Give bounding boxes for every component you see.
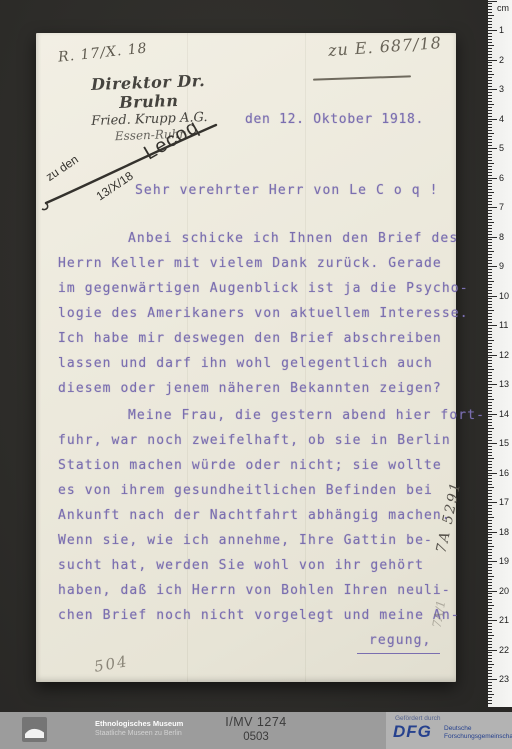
ruler-tick bbox=[488, 201, 492, 202]
ruler-tick bbox=[488, 133, 494, 134]
ruler-tick bbox=[488, 180, 492, 181]
smb-museum-logo-icon bbox=[22, 717, 47, 742]
ruler-tick bbox=[488, 272, 492, 273]
ruler-tick bbox=[488, 381, 492, 382]
ruler-number: 6 bbox=[499, 173, 511, 183]
ruler-tick bbox=[488, 12, 492, 13]
ruler-tick bbox=[488, 219, 492, 220]
ruler-tick bbox=[488, 588, 492, 589]
ruler-tick bbox=[488, 239, 492, 240]
ruler-number: 19 bbox=[499, 556, 511, 566]
ruler-tick bbox=[488, 543, 492, 544]
ruler-unit-label: cm bbox=[497, 3, 509, 13]
ruler-tick bbox=[488, 502, 497, 503]
ruler-tick bbox=[488, 121, 492, 122]
scanned-letter-page: Direktor Dr. Bruhn Fried. Krupp A.G. Ess… bbox=[36, 33, 456, 682]
ruler-tick bbox=[488, 36, 492, 37]
ruler-tick bbox=[488, 419, 492, 420]
ruler-number: 16 bbox=[499, 468, 511, 478]
ruler-tick bbox=[488, 352, 492, 353]
letter-salutation: Sehr verehrter Herr von Le C o q ! bbox=[135, 183, 439, 198]
ruler-number: 17 bbox=[499, 497, 511, 507]
ruler-number: 7 bbox=[499, 202, 511, 212]
ruler-tick bbox=[488, 130, 492, 131]
ruler-tick bbox=[488, 440, 492, 441]
ruler-tick bbox=[488, 614, 492, 615]
ruler-tick bbox=[488, 92, 492, 93]
ruler-tick bbox=[488, 325, 497, 326]
ruler-tick bbox=[488, 599, 492, 600]
ruler-tick bbox=[488, 523, 492, 524]
ruler-tick bbox=[488, 670, 492, 671]
ruler-tick bbox=[488, 461, 492, 462]
ruler-tick bbox=[488, 576, 494, 577]
ruler-tick bbox=[488, 21, 492, 22]
ruler-tick bbox=[488, 57, 492, 58]
ruler-tick bbox=[488, 366, 492, 367]
ruler-tick bbox=[488, 700, 492, 701]
ruler-tick bbox=[488, 449, 492, 450]
ruler-tick bbox=[488, 62, 492, 63]
ruler-tick bbox=[488, 475, 492, 476]
ruler-tick bbox=[488, 307, 492, 308]
ruler-tick bbox=[488, 104, 494, 105]
ruler-tick bbox=[488, 555, 492, 556]
ruler-tick bbox=[488, 160, 492, 161]
ruler-tick bbox=[488, 340, 494, 341]
ruler-tick bbox=[488, 676, 492, 677]
ruler-tick bbox=[488, 33, 492, 34]
ruler-tick bbox=[488, 290, 492, 291]
ruler-tick bbox=[488, 532, 497, 533]
ruler-tick bbox=[488, 281, 494, 282]
ruler-tick bbox=[488, 635, 494, 636]
ruler-tick bbox=[488, 647, 492, 648]
ruler-tick bbox=[488, 422, 492, 423]
ruler-tick bbox=[488, 260, 492, 261]
ruler-tick bbox=[488, 564, 492, 565]
ruler-tick bbox=[488, 278, 492, 279]
ruler-tick bbox=[488, 95, 492, 96]
ruler-tick bbox=[488, 151, 492, 152]
ruler-tick bbox=[488, 127, 492, 128]
letter-line: Anbei schicke ich Ihnen den Brief des bbox=[58, 226, 456, 251]
ruler-tick bbox=[488, 629, 492, 630]
ruler-number: 18 bbox=[499, 527, 511, 537]
ruler-tick bbox=[488, 343, 492, 344]
ruler-number: 20 bbox=[499, 586, 511, 596]
ruler-tick bbox=[488, 596, 492, 597]
ruler-tick bbox=[488, 51, 492, 52]
ruler-tick bbox=[488, 1, 497, 2]
ruler-tick bbox=[488, 98, 492, 99]
ruler-tick bbox=[488, 626, 492, 627]
ruler-tick bbox=[488, 207, 497, 208]
ruler-tick bbox=[488, 537, 492, 538]
ruler-tick bbox=[488, 3, 492, 4]
dfg-name-line2: Forschungsgemeinschaft bbox=[444, 733, 512, 741]
ruler-tick bbox=[488, 298, 492, 299]
ruler-tick bbox=[488, 470, 492, 471]
ruler-tick bbox=[488, 266, 497, 267]
funder-block: Gefördert durch DFG Deutsche Forschungsg… bbox=[386, 712, 512, 749]
ruler-tick bbox=[488, 552, 492, 553]
ruler-tick bbox=[488, 505, 492, 506]
ruler-tick bbox=[488, 387, 492, 388]
ruler-tick bbox=[488, 183, 492, 184]
ruler-tick bbox=[488, 148, 497, 149]
ruler-tick bbox=[488, 275, 492, 276]
ruler-tick bbox=[488, 650, 497, 651]
ruler-tick bbox=[488, 225, 492, 226]
letter-paragraph-1: Anbei schicke ich Ihnen den Brief des He… bbox=[58, 226, 456, 401]
ruler-tick bbox=[488, 390, 492, 391]
museum-name: Ethnologisches Museum bbox=[95, 719, 183, 729]
letter-line: Station machen würde oder nicht; sie wol… bbox=[58, 453, 456, 478]
ruler-tick bbox=[488, 682, 492, 683]
letter-line: Herrn Keller mit vielem Dank zurück. Ger… bbox=[58, 251, 456, 276]
ruler-tick bbox=[488, 428, 494, 429]
ruler-tick bbox=[488, 39, 492, 40]
ruler-tick bbox=[488, 204, 492, 205]
ruler-tick bbox=[488, 399, 494, 400]
ruler-tick bbox=[488, 136, 492, 137]
ruler-tick bbox=[488, 18, 492, 19]
ruler-tick bbox=[488, 68, 492, 69]
ruler-tick bbox=[488, 405, 492, 406]
ruler-tick bbox=[488, 452, 492, 453]
ruler-tick bbox=[488, 567, 492, 568]
ruler-tick bbox=[488, 514, 492, 515]
ruler-tick bbox=[488, 496, 492, 497]
ruler-tick bbox=[488, 688, 492, 689]
ruler-tick bbox=[488, 310, 494, 311]
letter-line: fuhr, war noch zweifelhaft, ob sie in Be… bbox=[58, 428, 456, 453]
archive-footer-bar: Ethnologisches Museum Staatliche Museen … bbox=[0, 712, 512, 749]
ruler-tick bbox=[488, 540, 492, 541]
ruler-tick bbox=[488, 464, 492, 465]
ruler-tick bbox=[488, 667, 492, 668]
ruler-tick bbox=[488, 24, 492, 25]
ruler-tick bbox=[488, 434, 492, 435]
file-reference-underline bbox=[313, 75, 411, 80]
ruler-tick bbox=[488, 142, 492, 143]
ruler-tick bbox=[488, 655, 492, 656]
ruler-tick bbox=[488, 293, 492, 294]
ruler-tick bbox=[488, 484, 492, 485]
ruler-tick bbox=[488, 673, 492, 674]
ruler-tick bbox=[488, 331, 492, 332]
ruler-tick bbox=[488, 186, 492, 187]
ruler-tick bbox=[488, 15, 494, 16]
ruler-number: 23 bbox=[499, 674, 511, 684]
cm-ruler: cm 1234567891011121314151617181920212223 bbox=[488, 0, 512, 707]
ruler-tick bbox=[488, 245, 492, 246]
ruler-tick bbox=[488, 251, 494, 252]
ruler-number: 21 bbox=[499, 615, 511, 625]
ruler-number: 4 bbox=[499, 114, 511, 124]
ruler-tick bbox=[488, 213, 492, 214]
ruler-tick bbox=[488, 175, 492, 176]
ruler-tick bbox=[488, 549, 492, 550]
ruler-tick bbox=[488, 638, 492, 639]
ruler-tick bbox=[488, 490, 492, 491]
letter-paragraph-2: Meine Frau, die gestern abend hier fort-… bbox=[58, 403, 456, 628]
letter-line: lassen und darf ihn wohl gelegentlich au… bbox=[58, 351, 456, 376]
ruler-tick bbox=[488, 355, 497, 356]
ruler-tick bbox=[488, 65, 492, 66]
ruler-tick bbox=[488, 499, 492, 500]
inventory-id: I/MV 1274 bbox=[176, 715, 336, 729]
ruler-tick bbox=[488, 45, 494, 46]
ruler-tick bbox=[488, 473, 497, 474]
ruler-tick bbox=[488, 658, 492, 659]
ruler-tick bbox=[488, 54, 492, 55]
scan-page-id: 0503 bbox=[176, 731, 336, 743]
letter-line: Ankunft nach der Nachtfahrt abhängig mac… bbox=[58, 503, 456, 528]
ruler-tick bbox=[488, 334, 492, 335]
ruler-tick bbox=[488, 679, 497, 680]
ruler-tick bbox=[488, 60, 497, 61]
pencil-receipt-note: R. 17/X. 18 bbox=[57, 40, 148, 65]
dfg-name: Deutsche Forschungsgemeinschaft bbox=[444, 725, 512, 741]
ruler-tick bbox=[488, 349, 492, 350]
ruler-tick bbox=[488, 478, 492, 479]
ruler-tick bbox=[488, 558, 492, 559]
ruler-number: 22 bbox=[499, 645, 511, 655]
ruler-tick bbox=[488, 375, 492, 376]
ruler-tick bbox=[488, 198, 492, 199]
ruler-tick bbox=[488, 546, 494, 547]
ruler-tick bbox=[488, 328, 492, 329]
scan-viewer: Direktor Dr. Bruhn Fried. Krupp A.G. Ess… bbox=[0, 0, 512, 749]
ruler-tick bbox=[488, 284, 492, 285]
ruler-tick bbox=[488, 378, 492, 379]
ruler-tick bbox=[488, 508, 492, 509]
ruler-tick bbox=[488, 611, 492, 612]
ruler-tick bbox=[488, 242, 492, 243]
dfg-logo: DFG bbox=[393, 722, 432, 742]
ruler-tick bbox=[488, 287, 492, 288]
letter-line: sucht hat, werden Sie wohl von ihr gehör… bbox=[58, 553, 456, 578]
ruler-tick bbox=[488, 691, 492, 692]
ruler-tick bbox=[488, 570, 492, 571]
ruler-tick bbox=[488, 608, 492, 609]
ruler-tick bbox=[488, 337, 492, 338]
ruler-tick bbox=[488, 296, 497, 297]
ruler-tick bbox=[488, 222, 494, 223]
ruler-tick bbox=[488, 402, 492, 403]
letter-line: Ich habe mir deswegen den Brief abschrei… bbox=[58, 326, 456, 351]
ruler-tick bbox=[488, 74, 494, 75]
ruler-tick bbox=[488, 661, 492, 662]
ruler-number: 12 bbox=[499, 350, 511, 360]
ruler-number: 2 bbox=[499, 55, 511, 65]
ruler-tick bbox=[488, 652, 492, 653]
ruler-tick bbox=[488, 493, 492, 494]
ruler-tick bbox=[488, 107, 492, 108]
ruler-tick bbox=[488, 363, 492, 364]
ruler-number: 5 bbox=[499, 143, 511, 153]
dfg-name-line1: Deutsche bbox=[444, 725, 512, 733]
museum-title-block: Ethnologisches Museum Staatliche Museen … bbox=[95, 719, 183, 739]
ruler-tick bbox=[488, 86, 492, 87]
letter-line: es von ihrem gesundheitlichen Befinden b… bbox=[58, 478, 456, 503]
ruler-tick bbox=[488, 694, 494, 695]
ruler-tick bbox=[488, 529, 492, 530]
ruler-tick bbox=[488, 632, 492, 633]
ruler-tick bbox=[488, 641, 492, 642]
ruler-tick bbox=[488, 83, 492, 84]
letter-line: chen Brief noch nicht vorgelegt und mein… bbox=[58, 603, 456, 628]
ruler-tick bbox=[488, 163, 494, 164]
ruler-tick bbox=[488, 369, 494, 370]
ruler-tick bbox=[488, 257, 492, 258]
ruler-number: 13 bbox=[499, 379, 511, 389]
letter-line: Meine Frau, die gestern abend hier fort- bbox=[58, 403, 456, 428]
letter-line: Wenn sie, wie ich annehme, Ihre Gattin b… bbox=[58, 528, 456, 553]
ruler-tick bbox=[488, 269, 492, 270]
ruler-tick bbox=[488, 487, 494, 488]
ruler-tick bbox=[488, 124, 492, 125]
ruler-number: 15 bbox=[499, 438, 511, 448]
ruler-tick bbox=[488, 520, 492, 521]
ruler-tick bbox=[488, 602, 492, 603]
ruler-tick bbox=[488, 360, 492, 361]
ruler-tick bbox=[488, 319, 492, 320]
file-reference-note: zu E. 687/18 bbox=[327, 33, 442, 60]
ruler-tick bbox=[488, 416, 492, 417]
letter-line: im gegenwärtigen Augenblick ist ja die P… bbox=[58, 276, 456, 301]
ruler-tick bbox=[488, 166, 492, 167]
ruler-tick bbox=[488, 254, 492, 255]
ruler-tick bbox=[488, 101, 492, 102]
ruler-tick bbox=[488, 116, 492, 117]
ruler-tick bbox=[488, 322, 492, 323]
ruler-tick bbox=[488, 192, 494, 193]
ruler-tick bbox=[488, 393, 492, 394]
ruler-tick bbox=[488, 517, 494, 518]
ruler-tick bbox=[488, 172, 492, 173]
ruler-number: 8 bbox=[499, 232, 511, 242]
ruler-tick bbox=[488, 195, 492, 196]
ruler-tick bbox=[488, 228, 492, 229]
ruler-tick bbox=[488, 372, 492, 373]
ruler-tick bbox=[488, 579, 492, 580]
ruler-tick bbox=[488, 617, 492, 618]
ruler-tick bbox=[488, 384, 497, 385]
ruler-tick bbox=[488, 644, 492, 645]
ruler-tick bbox=[488, 113, 492, 114]
ruler-tick bbox=[488, 408, 492, 409]
ruler-tick bbox=[488, 30, 497, 31]
ruler-tick bbox=[488, 481, 492, 482]
ruler-tick bbox=[488, 110, 492, 111]
ruler-number: 9 bbox=[499, 261, 511, 271]
ruler-tick bbox=[488, 304, 492, 305]
ruler-tick bbox=[488, 431, 492, 432]
museum-subtitle: Staatliche Museen zu Berlin bbox=[95, 729, 183, 739]
ruler-tick bbox=[488, 573, 492, 574]
ruler-tick bbox=[488, 593, 492, 594]
letter-date: den 12. Oktober 1918. bbox=[245, 112, 424, 127]
ruler-tick bbox=[488, 411, 492, 412]
ruler-tick bbox=[488, 234, 492, 235]
ruler-tick bbox=[488, 437, 492, 438]
ruler-tick bbox=[488, 455, 492, 456]
ruler-tick bbox=[488, 511, 492, 512]
filing-annotation: zu den 13/X/18 Lecoq bbox=[36, 103, 226, 215]
page-number-pencil: 504 bbox=[93, 652, 130, 676]
ruler-tick bbox=[488, 396, 492, 397]
ruler-tick bbox=[488, 154, 492, 155]
ruler-tick bbox=[488, 157, 492, 158]
ruler-tick bbox=[488, 664, 494, 665]
ruler-tick bbox=[488, 6, 492, 7]
ruler-tick bbox=[488, 591, 497, 592]
ruler-number: 1 bbox=[499, 25, 511, 35]
ruler-tick bbox=[488, 9, 492, 10]
ruler-tick bbox=[488, 605, 494, 606]
ruler-tick bbox=[488, 561, 497, 562]
ruler-tick bbox=[488, 145, 492, 146]
ruler-number: 10 bbox=[499, 291, 511, 301]
ruler-tick bbox=[488, 620, 497, 621]
ruler-tick bbox=[488, 119, 497, 120]
ruler-number: 11 bbox=[499, 320, 511, 330]
letter-line: diesem oder jenem näheren Bekannten zeig… bbox=[58, 376, 456, 401]
ruler-tick bbox=[488, 248, 492, 249]
ruler-tick bbox=[488, 189, 492, 190]
ruler-tick bbox=[488, 703, 492, 704]
ruler-tick bbox=[488, 48, 492, 49]
ruler-tick bbox=[488, 216, 492, 217]
ruler-tick bbox=[488, 623, 492, 624]
ruler-tick bbox=[488, 526, 492, 527]
ruler-tick bbox=[488, 210, 492, 211]
ruler-tick bbox=[488, 467, 492, 468]
ruler-tick bbox=[488, 77, 492, 78]
ruler-tick bbox=[488, 443, 497, 444]
ruler-number: 3 bbox=[499, 84, 511, 94]
ruler-tick bbox=[488, 178, 497, 179]
letter-line: haben, daß ich Herrn von Bohlen Ihren ne… bbox=[58, 578, 456, 603]
ruler-tick bbox=[488, 582, 492, 583]
funder-label: Gefördert durch bbox=[395, 715, 441, 722]
ruler-number: 14 bbox=[499, 409, 511, 419]
ruler-tick bbox=[488, 27, 492, 28]
ruler-tick bbox=[488, 313, 492, 314]
ruler-tick bbox=[488, 697, 492, 698]
ruler-tick bbox=[488, 80, 492, 81]
ruler-tick bbox=[488, 316, 492, 317]
ruler-tick bbox=[488, 685, 492, 686]
ruler-tick bbox=[488, 231, 492, 232]
ruler-tick bbox=[488, 169, 492, 170]
ruler-tick bbox=[488, 89, 497, 90]
ruler-tick bbox=[488, 585, 492, 586]
ruler-tick bbox=[488, 425, 492, 426]
ruler-tick bbox=[488, 446, 492, 447]
object-id-block: I/MV 1274 0503 bbox=[176, 715, 336, 743]
ruler-tick bbox=[488, 357, 492, 358]
ruler-tick bbox=[488, 139, 492, 140]
letter-line: logie des Amerikaners von aktuellem Inte… bbox=[58, 301, 456, 326]
ruler-tick bbox=[488, 301, 492, 302]
ruler-tick bbox=[488, 346, 492, 347]
ruler-tick bbox=[488, 414, 497, 415]
ruler-tick bbox=[488, 263, 492, 264]
